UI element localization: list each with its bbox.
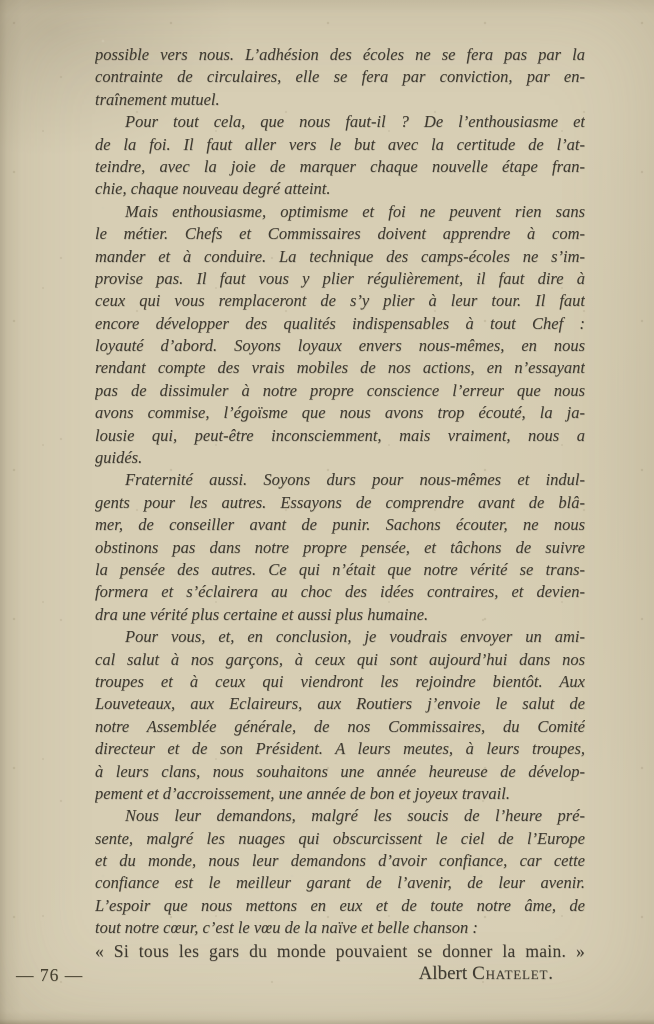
text-line: Fraternité aussi. Soyons durs pour nous-… (95, 469, 585, 491)
text-line: avons commise, l’égoïsme que nous avons … (95, 402, 585, 424)
text-line: tout notre cœur, c’est le vœu de la naïv… (95, 917, 585, 939)
text-line: rendant compte des vrais mobiles de nos … (95, 357, 585, 379)
text-line: notre Assemblée générale, de nos Commiss… (95, 716, 585, 738)
text-line: dra une vérité plus certaine et aussi pl… (95, 604, 585, 626)
paragraph-5: Pour vous, et, en conclusion, je voudrai… (95, 626, 585, 805)
text-line: directeur et de son Président. A leurs m… (95, 738, 585, 760)
text-line: Pour tout cela, que nous faut-il ? De l’… (95, 111, 585, 133)
text-line: confiance est le meilleur garant de l’av… (95, 872, 585, 894)
text-line: teindre, avec la joie de marquer chaque … (95, 156, 585, 178)
paragraph-6: Nous leur demandons, malgré les soucis d… (95, 805, 585, 939)
text-line: la pensée des autres. Ce qui n’était que… (95, 559, 585, 581)
text-line: guidés. (95, 447, 585, 469)
text-line: à leurs clans, nous souhaitons une année… (95, 761, 585, 783)
text-line: encore développer des qualités indispens… (95, 313, 585, 335)
text-line: contrainte de circulaires, elle se fera … (95, 66, 585, 88)
text-line: Mais enthousiasme, optimisme et foi ne p… (95, 201, 585, 223)
text-line: gents pour les autres. Essayons de compr… (95, 492, 585, 514)
text-line: traînement mutuel. (95, 89, 585, 111)
text-line: Nous leur demandons, malgré les soucis d… (95, 805, 585, 827)
text-line: loyauté d’abord. Soyons loyaux envers no… (95, 335, 585, 357)
paragraph-2: Pour tout cela, que nous faut-il ? De l’… (95, 111, 585, 201)
text-line: « Si tous les gars du monde pouvaient se… (95, 940, 585, 962)
paragraph-4: Fraternité aussi. Soyons durs pour nous-… (95, 469, 585, 626)
text-line: provise pas. Il faut vous y plier réguli… (95, 268, 585, 290)
author-given-name: Albert (419, 963, 468, 984)
paragraph-1: possible vers nous. L’adhésion des école… (95, 44, 585, 111)
text-line: L’espoir que nous mettons en eux et de t… (95, 895, 585, 917)
text-line: possible vers nous. L’adhésion des école… (95, 44, 585, 66)
scanned-page: possible vers nous. L’adhésion des école… (0, 0, 654, 1024)
text-line: lousie qui, peut-être inconsciemment, ma… (95, 425, 585, 447)
text-line: ceux qui vous remplaceront de s’y plier … (95, 290, 585, 312)
text-line: Pour vous, et, en conclusion, je voudrai… (95, 626, 585, 648)
text-line: cal salut à nos garçons, à ceux qui sont… (95, 649, 585, 671)
page-footer: — 76 — AlbertChatelet. (0, 963, 654, 993)
text-line: troupes et à ceux qui viendront les rejo… (95, 671, 585, 693)
author-family-name: Chatelet (472, 963, 548, 984)
text-line: le métier. Chefs et Commissaires doivent… (95, 223, 585, 245)
text-line: de la foi. Il faut aller vers le but ave… (95, 134, 585, 156)
text-line: pas de dissimuler à notre propre conscie… (95, 380, 585, 402)
text-line: mer, de conseiller avant de punir. Sacho… (95, 514, 585, 536)
text-line: chie, chaque nouveau degré atteint. (95, 178, 585, 200)
text-line: Louveteaux, aux Eclaireurs, aux Routiers… (95, 693, 585, 715)
author-signature: AlbertChatelet. (419, 963, 553, 985)
text-line: formera et s’éclairera au choc des idées… (95, 581, 585, 603)
text-line: obstinons pas dans notre propre pensée, … (95, 537, 585, 559)
paragraph-3: Mais enthousiasme, optimisme et foi ne p… (95, 201, 585, 470)
text-line: mander et à conduire. La technique des c… (95, 246, 585, 268)
closing-quote-line: « Si tous les gars du monde pouvaient se… (95, 940, 585, 962)
text-line: pement et d’accroissement, une année de … (95, 783, 585, 805)
author-signature-period: . (548, 963, 553, 984)
text-block: possible vers nous. L’adhésion des école… (95, 44, 585, 962)
page-number: — 76 — (16, 965, 83, 986)
text-line: sente, malgré les nuages qui obscurcisse… (95, 828, 585, 850)
text-line: et du monde, nous leur demandons d’avoir… (95, 850, 585, 872)
